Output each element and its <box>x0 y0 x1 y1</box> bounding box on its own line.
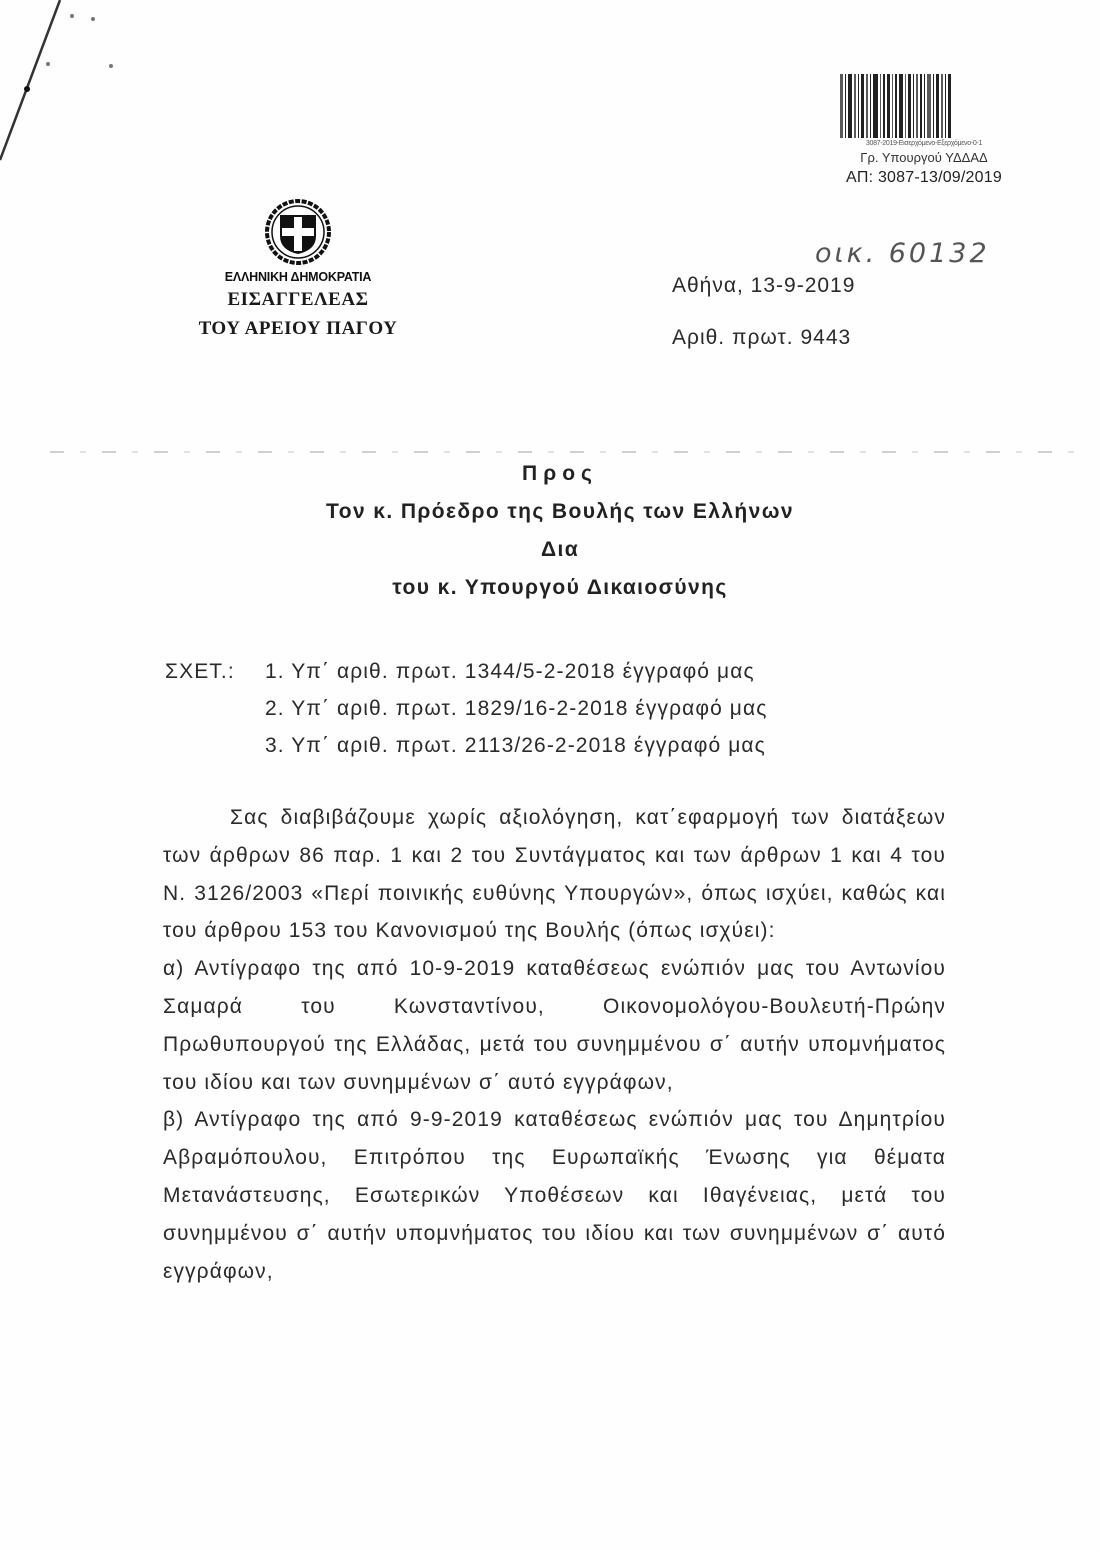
barcode-stamp: 3087-2019-Εισερχόμενο-Εξερχόμενο-0-1 Γρ.… <box>808 74 1040 187</box>
references-block: ΣΧΕΤ.:1. Υπ΄ αριθ. πρωτ. 1344/5-2-2018 έ… <box>165 653 767 764</box>
reference-item: ΣΧΕΤ.:1. Υπ΄ αριθ. πρωτ. 1344/5-2-2018 έ… <box>165 653 767 690</box>
greek-coat-of-arms-icon <box>264 198 332 266</box>
body-item-a: α) Αντίγραφο της από 10-9-2019 καταθέσεω… <box>163 950 946 1101</box>
scan-speck <box>70 14 74 18</box>
body-item-b: β) Αντίγραφο της από 9-9-2019 καταθέσεως… <box>163 1101 946 1290</box>
document-date: Αθήνα, 13-9-2019 <box>672 274 855 298</box>
office-title-line1: ΕΙΣΑΓΓΕΛΕΑΣ <box>188 287 408 313</box>
office-title-line2: ΤΟΥ ΑΡΕΙΟΥ ΠΑΓΟΥ <box>188 316 408 342</box>
barcode-caption: 3087-2019-Εισερχόμενο-Εξερχόμενο-0-1 <box>808 140 1040 147</box>
scan-speck <box>91 17 95 21</box>
scan-dashed-line <box>50 451 1080 453</box>
authority-header: ΕΛΛΗΝΙΚΗ ΔΗΜΟΚΡΑΤΙΑ ΕΙΣΑΓΓΕΛΕΑΣ ΤΟΥ ΑΡΕΙ… <box>188 198 408 342</box>
letter-body: Σας διαβιβάζουμε χωρίς αξιολόγηση, κατ΄ε… <box>163 799 946 1290</box>
recipient-line: του κ. Υπουργού Δικαιοσύνης <box>280 569 840 607</box>
republic-label: ΕΛΛΗΝΙΚΗ ΔΗΜΟΚΡΑΤΙΑ <box>188 270 408 284</box>
handwritten-note: οικ. 60132 <box>815 238 990 269</box>
scan-speck <box>46 62 50 66</box>
scanned-document-page: 3087-2019-Εισερχόμενο-Εξερχόμενο-0-1 Γρ.… <box>0 0 1100 1551</box>
recipient-line: Τον κ. Πρόεδρο της Βουλής των Ελλήνων <box>280 493 840 531</box>
reference-item: 2. Υπ΄ αριθ. πρωτ. 1829/16-2-2018 έγγραφ… <box>165 690 767 727</box>
reference-text: 2. Υπ΄ αριθ. πρωτ. 1829/16-2-2018 έγγραφ… <box>265 697 767 720</box>
barcode-protocol-stamp: ΑΠ: 3087-13/09/2019 <box>808 169 1040 187</box>
recipient-to-label: Προς <box>280 455 840 493</box>
scan-speck <box>109 64 113 68</box>
barcode-icon <box>840 74 990 138</box>
recipient-block: Προς Τον κ. Πρόεδρο της Βουλής των Ελλήν… <box>280 455 840 607</box>
barcode-department: Γρ. Υπουργού ΥΔΔΑΔ <box>808 150 1040 165</box>
recipient-line: Δια <box>280 531 840 569</box>
reference-item: 3. Υπ΄ αριθ. πρωτ. 2113/26-2-2018 έγγραφ… <box>165 727 767 764</box>
scan-fold-mark <box>0 0 80 170</box>
references-label: ΣΧΕΤ.: <box>165 653 265 690</box>
reference-text: 3. Υπ΄ αριθ. πρωτ. 2113/26-2-2018 έγγραφ… <box>265 734 766 757</box>
reference-text: 1. Υπ΄ αριθ. πρωτ. 1344/5-2-2018 έγγραφό… <box>265 660 755 683</box>
body-intro-paragraph: Σας διαβιβάζουμε χωρίς αξιολόγηση, κατ΄ε… <box>163 799 946 950</box>
protocol-number: Αριθ. πρωτ. 9443 <box>672 326 851 350</box>
